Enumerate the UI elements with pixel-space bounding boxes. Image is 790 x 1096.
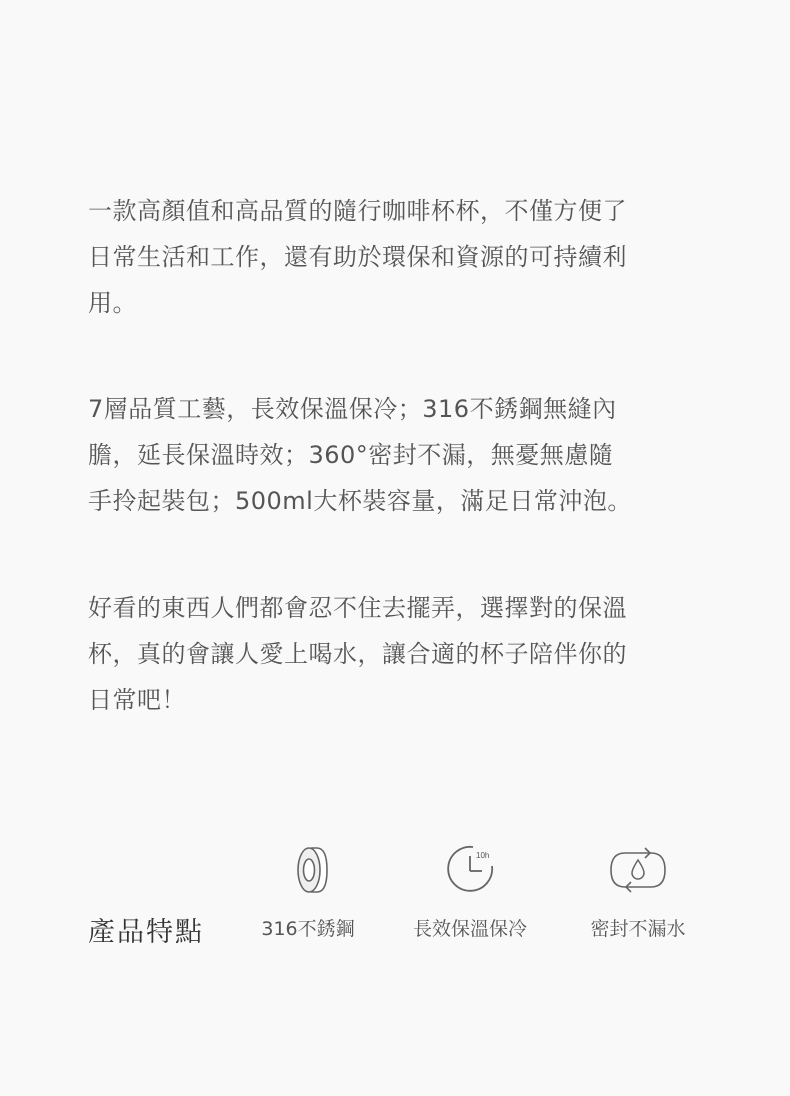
closing-line: 杯，真的會讓人愛上喝水，讓合適的杯子陪伴你的 bbox=[88, 631, 728, 677]
details-line: 7層品質工藝，長效保溫保冷；316不銹鋼無縫內 bbox=[88, 386, 728, 432]
product-features-section: 產品特點 316不銹鋼 10h 長效保溫保冷 密封不漏水 bbox=[0, 830, 790, 970]
feature-label: 密封不漏水 bbox=[563, 914, 713, 941]
closing-line: 日常吧！ bbox=[88, 677, 728, 723]
details-paragraph: 7層品質工藝，長效保溫保冷；316不銹鋼無縫內 膽，延長保溫時效；360°密封不… bbox=[88, 386, 728, 524]
leakproof-drop-cycle-icon bbox=[603, 840, 673, 900]
intro-paragraph: 一款高顏值和高品質的隨行咖啡杯杯，不僅方便了 日常生活和工作，還有助於環保和資源… bbox=[88, 188, 728, 326]
feature-label: 長效保溫保冷 bbox=[395, 914, 545, 941]
details-line: 膽，延長保溫時效；360°密封不漏，無憂無慮隨 bbox=[88, 432, 728, 478]
intro-line: 用。 bbox=[88, 280, 728, 326]
svg-text:10h: 10h bbox=[476, 851, 489, 860]
intro-line: 一款高顏值和高品質的隨行咖啡杯杯，不僅方便了 bbox=[88, 188, 728, 234]
closing-paragraph: 好看的東西人們都會忍不住去擺弄，選擇對的保溫 杯，真的會讓人愛上喝水，讓合適的杯… bbox=[88, 585, 728, 723]
intro-line: 日常生活和工作，還有助於環保和資源的可持續利 bbox=[88, 234, 728, 280]
feature-label: 316不銹鋼 bbox=[233, 914, 383, 941]
closing-line: 好看的東西人們都會忍不住去擺弄，選擇對的保溫 bbox=[88, 585, 728, 631]
features-title: 產品特點 bbox=[88, 910, 204, 949]
feature-stainless-steel: 316不銹鋼 bbox=[233, 840, 383, 941]
feature-insulation: 10h 長效保溫保冷 bbox=[395, 840, 545, 941]
clock-10h-icon: 10h bbox=[435, 840, 505, 900]
stainless-steel-roll-icon bbox=[273, 840, 343, 900]
details-line: 手拎起裝包；500ml大杯裝容量，滿足日常沖泡。 bbox=[88, 478, 728, 524]
feature-leakproof: 密封不漏水 bbox=[563, 840, 713, 941]
